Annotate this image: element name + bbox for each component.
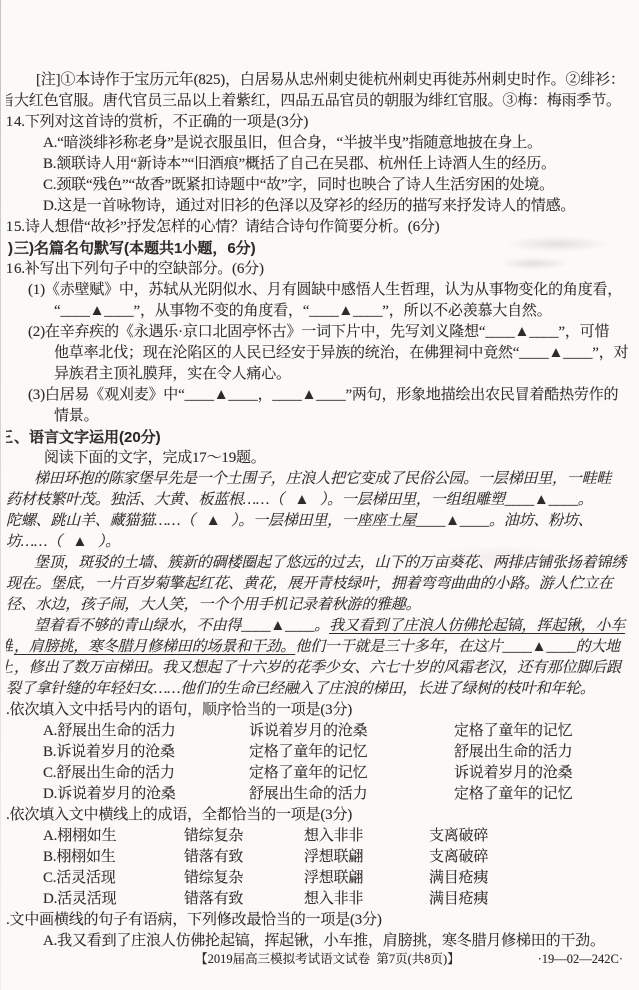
cut-digit: 1	[6, 259, 13, 280]
question-16-item3-line2: 情景。	[54, 406, 629, 427]
q17-b-text1: 诉说着岁月的沧桑	[56, 744, 174, 760]
question-17-option-row-a: A.舒展出生命的活力 诉说着岁月的沧桑 定格了童年的记忆	[43, 721, 629, 742]
passage-para3-line3-text: ，修出了数万亩梯田。我又想起了十六岁的花季少女、六七十岁的风霜老汉，还有那位脚后…	[14, 660, 621, 676]
q18-a-label: A.	[43, 828, 57, 844]
q18-d-col3: 想入非非	[304, 889, 429, 910]
q18-d-text1: 活灵活现	[57, 891, 116, 907]
q18-c-label: C.	[43, 870, 56, 886]
q18-a-col4: 支离破碎	[429, 826, 629, 847]
question-17-option-row-d: D.诉说着岁月的沧桑 舒展出生命的活力 定格了童年的记忆	[43, 784, 629, 805]
q18-b-label: B.	[43, 849, 56, 865]
cut-char-shang: 上	[6, 658, 13, 679]
question-18-option-row-d: D.活灵活现 错落有致 想入非非 满目疮痍	[43, 889, 629, 910]
passage-para3-line3: 上，修出了数万亩梯田。我又想起了十六岁的花季少女、六七十岁的风霜老汉，还有那位脚…	[6, 658, 629, 679]
q18-b-col4: 支离破碎	[429, 847, 629, 868]
passage-para3-line2-normal: 他们一干就是三十多年，在这片____▲____的大地	[295, 639, 620, 655]
question-18-stem: .依次填入文中横线上的成语，全都恰当的一项是(3分)	[6, 805, 629, 826]
question-16-item3-line1: (3)白居易《观刈麦》中“____▲____，____▲____”两句，形象地描…	[28, 385, 629, 406]
passage-para3-line1-underlined: 我又看到了庄浪人仿佛抡起镐，挥起锹，小车	[329, 618, 625, 634]
q18-b-text1: 栩栩如生	[56, 849, 115, 865]
question-19-stem: .文中画横线的句子有语病，下列修改最恰当的一项是(3分)	[6, 910, 629, 931]
q18-c-col3: 浮想联翩	[304, 868, 429, 889]
q17-b-col1: B.诉说着岁月的沧桑	[43, 742, 249, 763]
note-line-2: 指大红色官服。唐代官员三品以上着紫红，四品五品官员的朝服为绯红官服。③梅：梅雨季…	[6, 91, 629, 112]
question-16-item1-line1: (1)《赤壁赋》中，苏轼从光阴似水、月有圆缺中感悟人生哲理，认为从事物变化的角度…	[28, 280, 629, 301]
q18-d-label: D.	[43, 891, 57, 907]
passage-para1-line1: 梯田环抱的陈家堡早先是一个土围子，庄浪人把它变成了民俗公园。一层梯田里，一畦畦	[34, 469, 629, 490]
q17-a-col3: 定格了童年的记忆	[454, 721, 629, 742]
q17-d-label: D.	[43, 786, 57, 802]
q17-b-col3: 舒展出生命的活力	[454, 742, 629, 763]
section-mingju-header-text: 三)名篇名句默写(本题共1小题，6分)	[14, 240, 256, 257]
page-footer: 【2019届高三模拟考试语文试卷 第7页(共8页)】 ·19—02—242C·	[0, 950, 639, 968]
question-14-option-a: A.“暗淡绯衫称老身”是说衣服虽旧，但合身，“半披半曳”指随意地披在身上。	[43, 133, 629, 154]
question-16-item2-line1: (2)在辛弃疾的《永遇乐·京口北固亭怀古》一词下片中，先写刘义隆想“____▲_…	[28, 322, 629, 343]
passage-para1-line2: 药材枝繁叶茂。独活、大黄、板蓝根……（ ▲ ）。一层梯田里，一组组雕塑____▲…	[6, 490, 629, 511]
question-15-stem-text: 5.诗人想借“故衫”抒发怎样的心情？请结合诗句作简要分析。(6分)	[14, 219, 439, 235]
q17-d-col2: 舒展出生命的活力	[249, 784, 454, 805]
question-14-stem-text: 4.下列对这首诗的赏析，不正确的一项是(3分)	[14, 114, 308, 130]
question-18-option-row-c: C.活灵活现 错综复杂 浮想联翩 满目疮痍	[43, 868, 629, 889]
question-17-option-row-c: C.舒展出生命的活力 定格了童年的记忆 诉说着岁月的沧桑	[43, 763, 629, 784]
cut-paren: (	[6, 238, 13, 259]
cut-digit: 1	[6, 217, 13, 238]
q18-b-col2: 错落有致	[184, 847, 304, 868]
q18-c-text1: 活灵活现	[56, 870, 115, 886]
passage-para3-line1: 望着看不够的青山绿水，不由得____▲____。我又看到了庄浪人仿佛抡起镐，挥起…	[34, 616, 629, 637]
q17-a-col1: A.舒展出生命的活力	[43, 721, 249, 742]
cut-char-zhi: 指	[6, 91, 13, 112]
question-17-stem: .依次填入文中括号内的语句，顺序恰当的一项是(3分)	[6, 700, 629, 721]
cut-char-tui: 推	[6, 637, 13, 658]
q17-d-col1: D.诉说着岁月的沧桑	[43, 784, 249, 805]
scan-smudge	[505, 236, 610, 252]
q17-c-col3: 诉说着岁月的沧桑	[454, 763, 629, 784]
passage-para3-line2-underlined: ，肩膀挑，寒冬腊月修梯田的场景和干劲。	[14, 639, 295, 655]
passage-para3-line4: 裂了拿针缝的年轻妇女……他们的生命已经融入了庄浪的梯田，长进了绿树的枝叶和年轮。	[6, 679, 629, 700]
q17-a-text1: 舒展出生命的活力	[57, 723, 175, 739]
q18-a-text1: 栩栩如生	[57, 828, 116, 844]
passage-para2-line2: 现在。堡底，一片百岁菊擎起红花、黄花，展开青枝绿叶，拥着弯弯曲曲的小路。游人伫立…	[6, 574, 629, 595]
q17-a-label: A.	[43, 723, 57, 739]
q18-b-col1: B.栩栩如生	[43, 847, 184, 868]
question-16-item2-line3: 异族君主顶礼膜拜，实在令人痛心。	[54, 364, 629, 385]
note-line-1: [注]①本诗作于宝历元年(825)，白居易从忠州刺史徙杭州刺史再徙苏州刺史时作。…	[36, 70, 629, 91]
question-14-option-b: B.颔联诗人用“新诗本”“旧酒痕”概括了自己在吴郡、杭州任上诗酒人生的经历。	[43, 154, 629, 175]
q18-d-col4: 满目疮痍	[429, 889, 629, 910]
q17-c-col1: C.舒展出生命的活力	[43, 763, 249, 784]
question-18-option-row-a: A.栩栩如生 错综复杂 想入非非 支离破碎	[43, 826, 629, 847]
question-14-option-d: D.这是一首咏物诗，通过对旧衫的色泽以及穿衫的经历的描写来抒发诗人的情感。	[43, 196, 629, 217]
q17-c-col2: 定格了童年的记忆	[249, 763, 454, 784]
question-17-option-row-b: B.诉说着岁月的沧桑 定格了童年的记忆 舒展出生命的活力	[43, 742, 629, 763]
scan-smudge	[430, 545, 570, 571]
cut-digit: 1	[6, 112, 13, 133]
q17-d-col3: 定格了童年的记忆	[454, 784, 629, 805]
passage-para3-line2: 推，肩膀挑，寒冬腊月修梯田的场景和干劲。他们一干就是三十多年，在这片____▲_…	[6, 637, 629, 658]
q17-c-label: C.	[43, 765, 56, 781]
footer-paper-code: ·19—02—242C·	[538, 950, 623, 968]
passage-para3-line1-normal: 望着看不够的青山绿水，不由得____▲____。	[34, 618, 329, 634]
q18-a-col1: A.栩栩如生	[43, 826, 184, 847]
passage-para2-line3: 径、水边，孩子闹，大人笑，一个个用手机记录着秋游的雅趣。	[6, 595, 629, 616]
q18-d-col2: 错落有致	[184, 889, 304, 910]
q18-a-col2: 错综复杂	[184, 826, 304, 847]
question-18-option-row-b: B.栩栩如生 错落有致 浮想联翩 支离破碎	[43, 847, 629, 868]
question-14-stem: 14.下列对这首诗的赏析，不正确的一项是(3分)	[6, 112, 629, 133]
q18-b-col3: 浮想联翩	[304, 847, 429, 868]
note-line-2-text: 大红色官服。唐代官员三品以上着紫红，四品五品官员的朝服为绯红官服。③梅：梅雨季节…	[14, 93, 621, 109]
reading-intro: 阅读下面的文字，完成17～19题。	[44, 448, 629, 469]
question-15-stem: 15.诗人想借“故衫”抒发怎样的心情？请结合诗句作简要分析。(6分)	[6, 217, 629, 238]
q17-b-label: B.	[43, 744, 56, 760]
passage-para1-line3: 陀螺、跳山羊、藏猫猫……（ ▲ ）。一层梯田里，一座座土屋____▲____。油…	[6, 511, 629, 532]
question-16-item1-line2: “____▲____”，从事物不变的角度看，“____▲____”，所以不必羡慕…	[54, 301, 629, 322]
q17-a-col2: 诉说着岁月的沧桑	[249, 721, 454, 742]
q18-c-col2: 错综复杂	[184, 868, 304, 889]
scan-edge-shadow	[0, 0, 1, 990]
q18-a-col3: 想入非非	[304, 826, 429, 847]
section-yuyan-header: 三、语言文字运用(20分)	[6, 427, 629, 448]
q18-d-col1: D.活灵活现	[43, 889, 184, 910]
question-16-item2-line2: 他草率北伐；现在沦陷区的人民已经安于异族的统治，在佛狸祠中竟然“____▲___…	[54, 343, 629, 364]
question-16-stem-text: 6.补写出下列句子中的空缺部分。(6分)	[14, 261, 264, 277]
cut-char-san: 三	[6, 427, 13, 448]
q17-b-col2: 定格了童年的记忆	[249, 742, 454, 763]
question-19-option-a: A.我又看到了庄浪人仿佛抡起镐，挥起锹，小车推，肩膀挑，寒冬腊月修梯田的干劲。	[43, 931, 629, 952]
q17-c-text1: 舒展出生命的活力	[56, 765, 174, 781]
q18-c-col1: C.活灵活现	[43, 868, 184, 889]
q17-d-text1: 诉说着岁月的沧桑	[57, 786, 175, 802]
q18-c-col4: 满目疮痍	[429, 868, 629, 889]
question-14-option-c: C.颈联“残色”“故香”既紧扣诗题中“故”字，同时也映合了诗人生活穷困的处境。	[43, 175, 629, 196]
footer-exam-title-page-number: 【2019届高三模拟考试语文试卷 第7页(共8页)】	[195, 950, 460, 968]
exam-page: [注]①本诗作于宝历元年(825)，白居易从忠州刺史徙杭州刺史再徙苏州刺史时作。…	[0, 0, 639, 990]
scan-smudge	[498, 257, 570, 270]
section-yuyan-header-text: 、语言文字运用(20分)	[14, 429, 161, 446]
